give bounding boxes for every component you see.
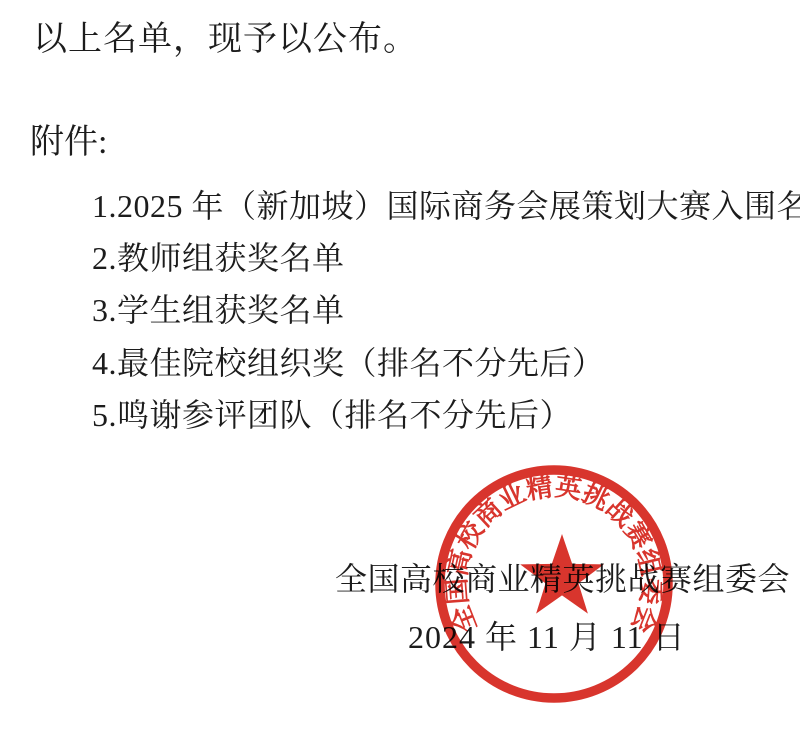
issue-date: 2024 年 11 月 11 日 (408, 619, 686, 656)
attachment-item-2: 2.教师组获奖名单 (92, 240, 345, 277)
attachments-heading: 附件: (30, 123, 107, 162)
closing-statement: 以上名单，现予以公布。 (33, 20, 418, 59)
attachment-item-3: 3.学生组获奖名单 (92, 292, 345, 329)
seal-arc-text: 全国高校商业精英挑战赛组委会 (442, 472, 666, 637)
attachment-item-5: 5.鸣谢参评团队（排名不分先后） (92, 397, 572, 434)
issuing-organization: 全国高校商业精英挑战赛组委会 (335, 561, 790, 598)
announcement-page: 以上名单，现予以公布。 附件: 1.2025 年（新加坡）国际商务会展策划大赛入… (0, 0, 800, 749)
seal-arc-text-content: 全国高校商业精英挑战赛组委会 (442, 472, 666, 637)
attachment-item-4: 4.最佳院校组织奖（排名不分先后） (92, 345, 605, 382)
attachment-item-1: 1.2025 年（新加坡）国际商务会展策划大赛入围名单 (92, 188, 800, 225)
